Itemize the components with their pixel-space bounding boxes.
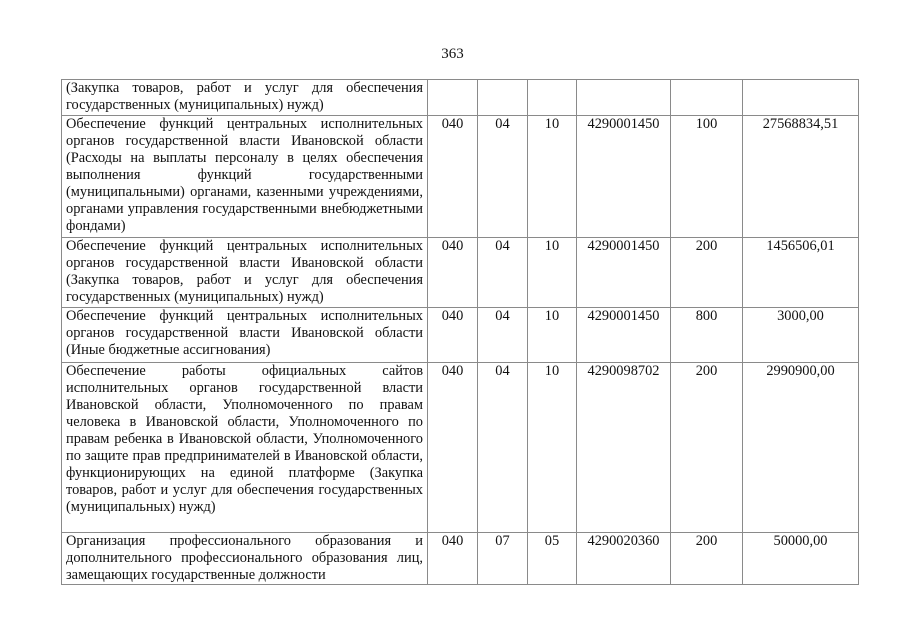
ministry-code: 040 xyxy=(428,363,478,533)
expense-type-code: 100 xyxy=(671,116,743,238)
row-description: Обеспечение функций центральных исполнит… xyxy=(62,308,428,363)
ministry-code xyxy=(428,80,478,116)
expense-type-code: 800 xyxy=(671,308,743,363)
ministry-code: 040 xyxy=(428,308,478,363)
row-description: (Закупка товаров, работ и услуг для обес… xyxy=(62,80,428,116)
section-code: 07 xyxy=(478,533,528,585)
table-row: Обеспечение работы официальных сайтов ис… xyxy=(62,363,859,533)
expense-type-code: 200 xyxy=(671,533,743,585)
table-row: Организация профессионального образовани… xyxy=(62,533,859,585)
page-number: 363 xyxy=(0,46,905,63)
subsection-code xyxy=(528,80,577,116)
target-article-code: 4290020360 xyxy=(577,533,671,585)
section-code: 04 xyxy=(478,238,528,308)
row-description: Обеспечение функций центральных исполнит… xyxy=(62,238,428,308)
table-row: Обеспечение функций центральных исполнит… xyxy=(62,308,859,363)
target-article-code: 4290001450 xyxy=(577,308,671,363)
table-row: (Закупка товаров, работ и услуг для обес… xyxy=(62,80,859,116)
row-description: Обеспечение функций центральных исполнит… xyxy=(62,116,428,238)
subsection-code: 05 xyxy=(528,533,577,585)
section-code: 04 xyxy=(478,116,528,238)
budget-table: (Закупка товаров, работ и услуг для обес… xyxy=(61,79,859,585)
table-row: Обеспечение функций центральных исполнит… xyxy=(62,116,859,238)
row-description: Обеспечение работы официальных сайтов ис… xyxy=(62,363,428,533)
target-article-code: 4290001450 xyxy=(577,238,671,308)
subsection-code: 10 xyxy=(528,116,577,238)
subsection-code: 10 xyxy=(528,363,577,533)
expense-type-code xyxy=(671,80,743,116)
amount xyxy=(743,80,859,116)
target-article-code xyxy=(577,80,671,116)
target-article-code: 4290001450 xyxy=(577,116,671,238)
subsection-code: 10 xyxy=(528,308,577,363)
expense-type-code: 200 xyxy=(671,238,743,308)
ministry-code: 040 xyxy=(428,238,478,308)
ministry-code: 040 xyxy=(428,116,478,238)
ministry-code: 040 xyxy=(428,533,478,585)
expense-type-code: 200 xyxy=(671,363,743,533)
section-code: 04 xyxy=(478,308,528,363)
section-code: 04 xyxy=(478,363,528,533)
amount: 27568834,51 xyxy=(743,116,859,238)
row-description: Организация профессионального образовани… xyxy=(62,533,428,585)
amount: 3000,00 xyxy=(743,308,859,363)
amount: 50000,00 xyxy=(743,533,859,585)
table-row: Обеспечение функций центральных исполнит… xyxy=(62,238,859,308)
amount: 2990900,00 xyxy=(743,363,859,533)
section-code xyxy=(478,80,528,116)
amount: 1456506,01 xyxy=(743,238,859,308)
target-article-code: 4290098702 xyxy=(577,363,671,533)
subsection-code: 10 xyxy=(528,238,577,308)
